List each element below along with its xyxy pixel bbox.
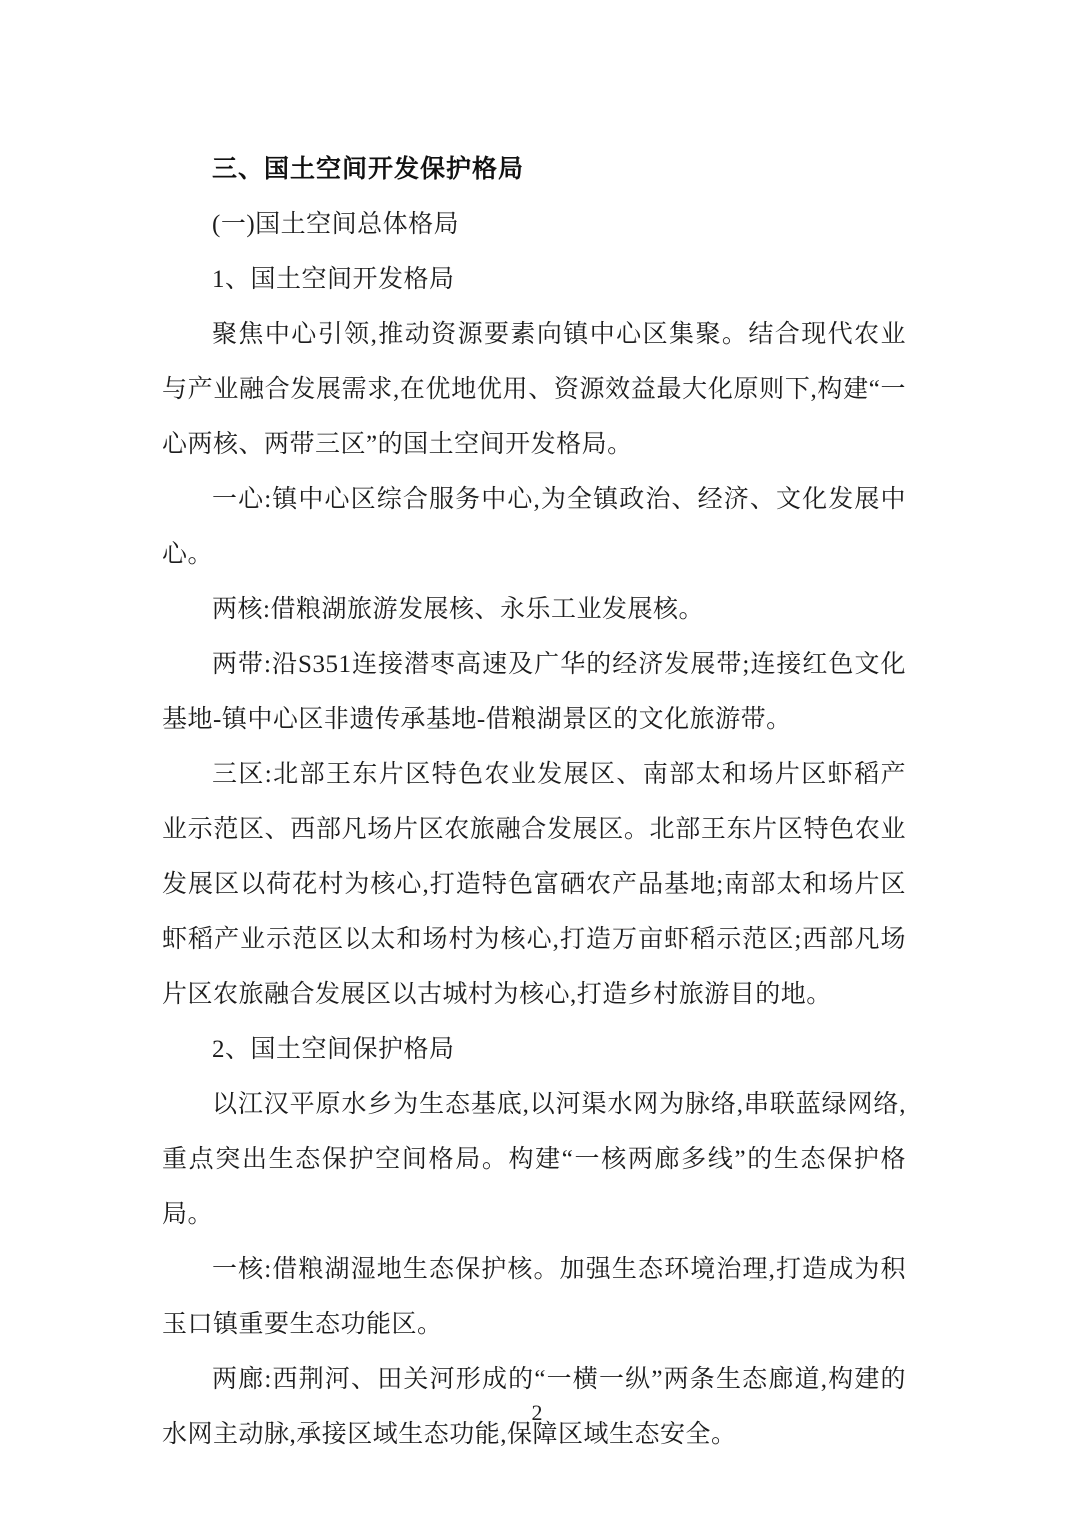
paragraph-two-cores: 两核:借粮湖旅游发展核、永乐工业发展核。 [162, 582, 906, 637]
paragraph-development-overview: 聚焦中心引领,推动资源要素向镇中心区集聚。结合现代农业与产业融合发展需求,在优地… [162, 307, 906, 472]
paragraph-two-belts: 两带:沿S351连接潜枣高速及广华的经济发展带;连接红色文化基地-镇中心区非遗传… [162, 637, 906, 747]
paragraph-protection-overview: 以江汉平原水乡为生态基底,以河渠水网为脉络,串联蓝绿网络,重点突出生态保护空间格… [162, 1077, 906, 1242]
page-number: 2 [532, 1400, 543, 1425]
page-footer: 2 [0, 1398, 1074, 1428]
section-heading-level3-development: 1、国土空间开发格局 [162, 252, 906, 307]
section-heading-level3-protection: 2、国土空间保护格局 [162, 1022, 906, 1077]
section-heading-level2: (一)国土空间总体格局 [162, 197, 906, 252]
paragraph-three-zones: 三区:北部王东片区特色农业发展区、南部太和场片区虾稻产业示范区、西部凡场片区农旅… [162, 747, 906, 1022]
section-heading-level1: 三、国土空间开发保护格局 [162, 142, 906, 197]
paragraph-one-center: 一心:镇中心区综合服务中心,为全镇政治、经济、文化发展中心。 [162, 472, 906, 582]
document-body: 三、国土空间开发保护格局 (一)国土空间总体格局 1、国土空间开发格局 聚焦中心… [162, 142, 906, 1462]
document-page: 三、国土空间开发保护格局 (一)国土空间总体格局 1、国土空间开发格局 聚焦中心… [0, 0, 1074, 1520]
paragraph-one-core: 一核:借粮湖湿地生态保护核。加强生态环境治理,打造成为积玉口镇重要生态功能区。 [162, 1242, 906, 1352]
